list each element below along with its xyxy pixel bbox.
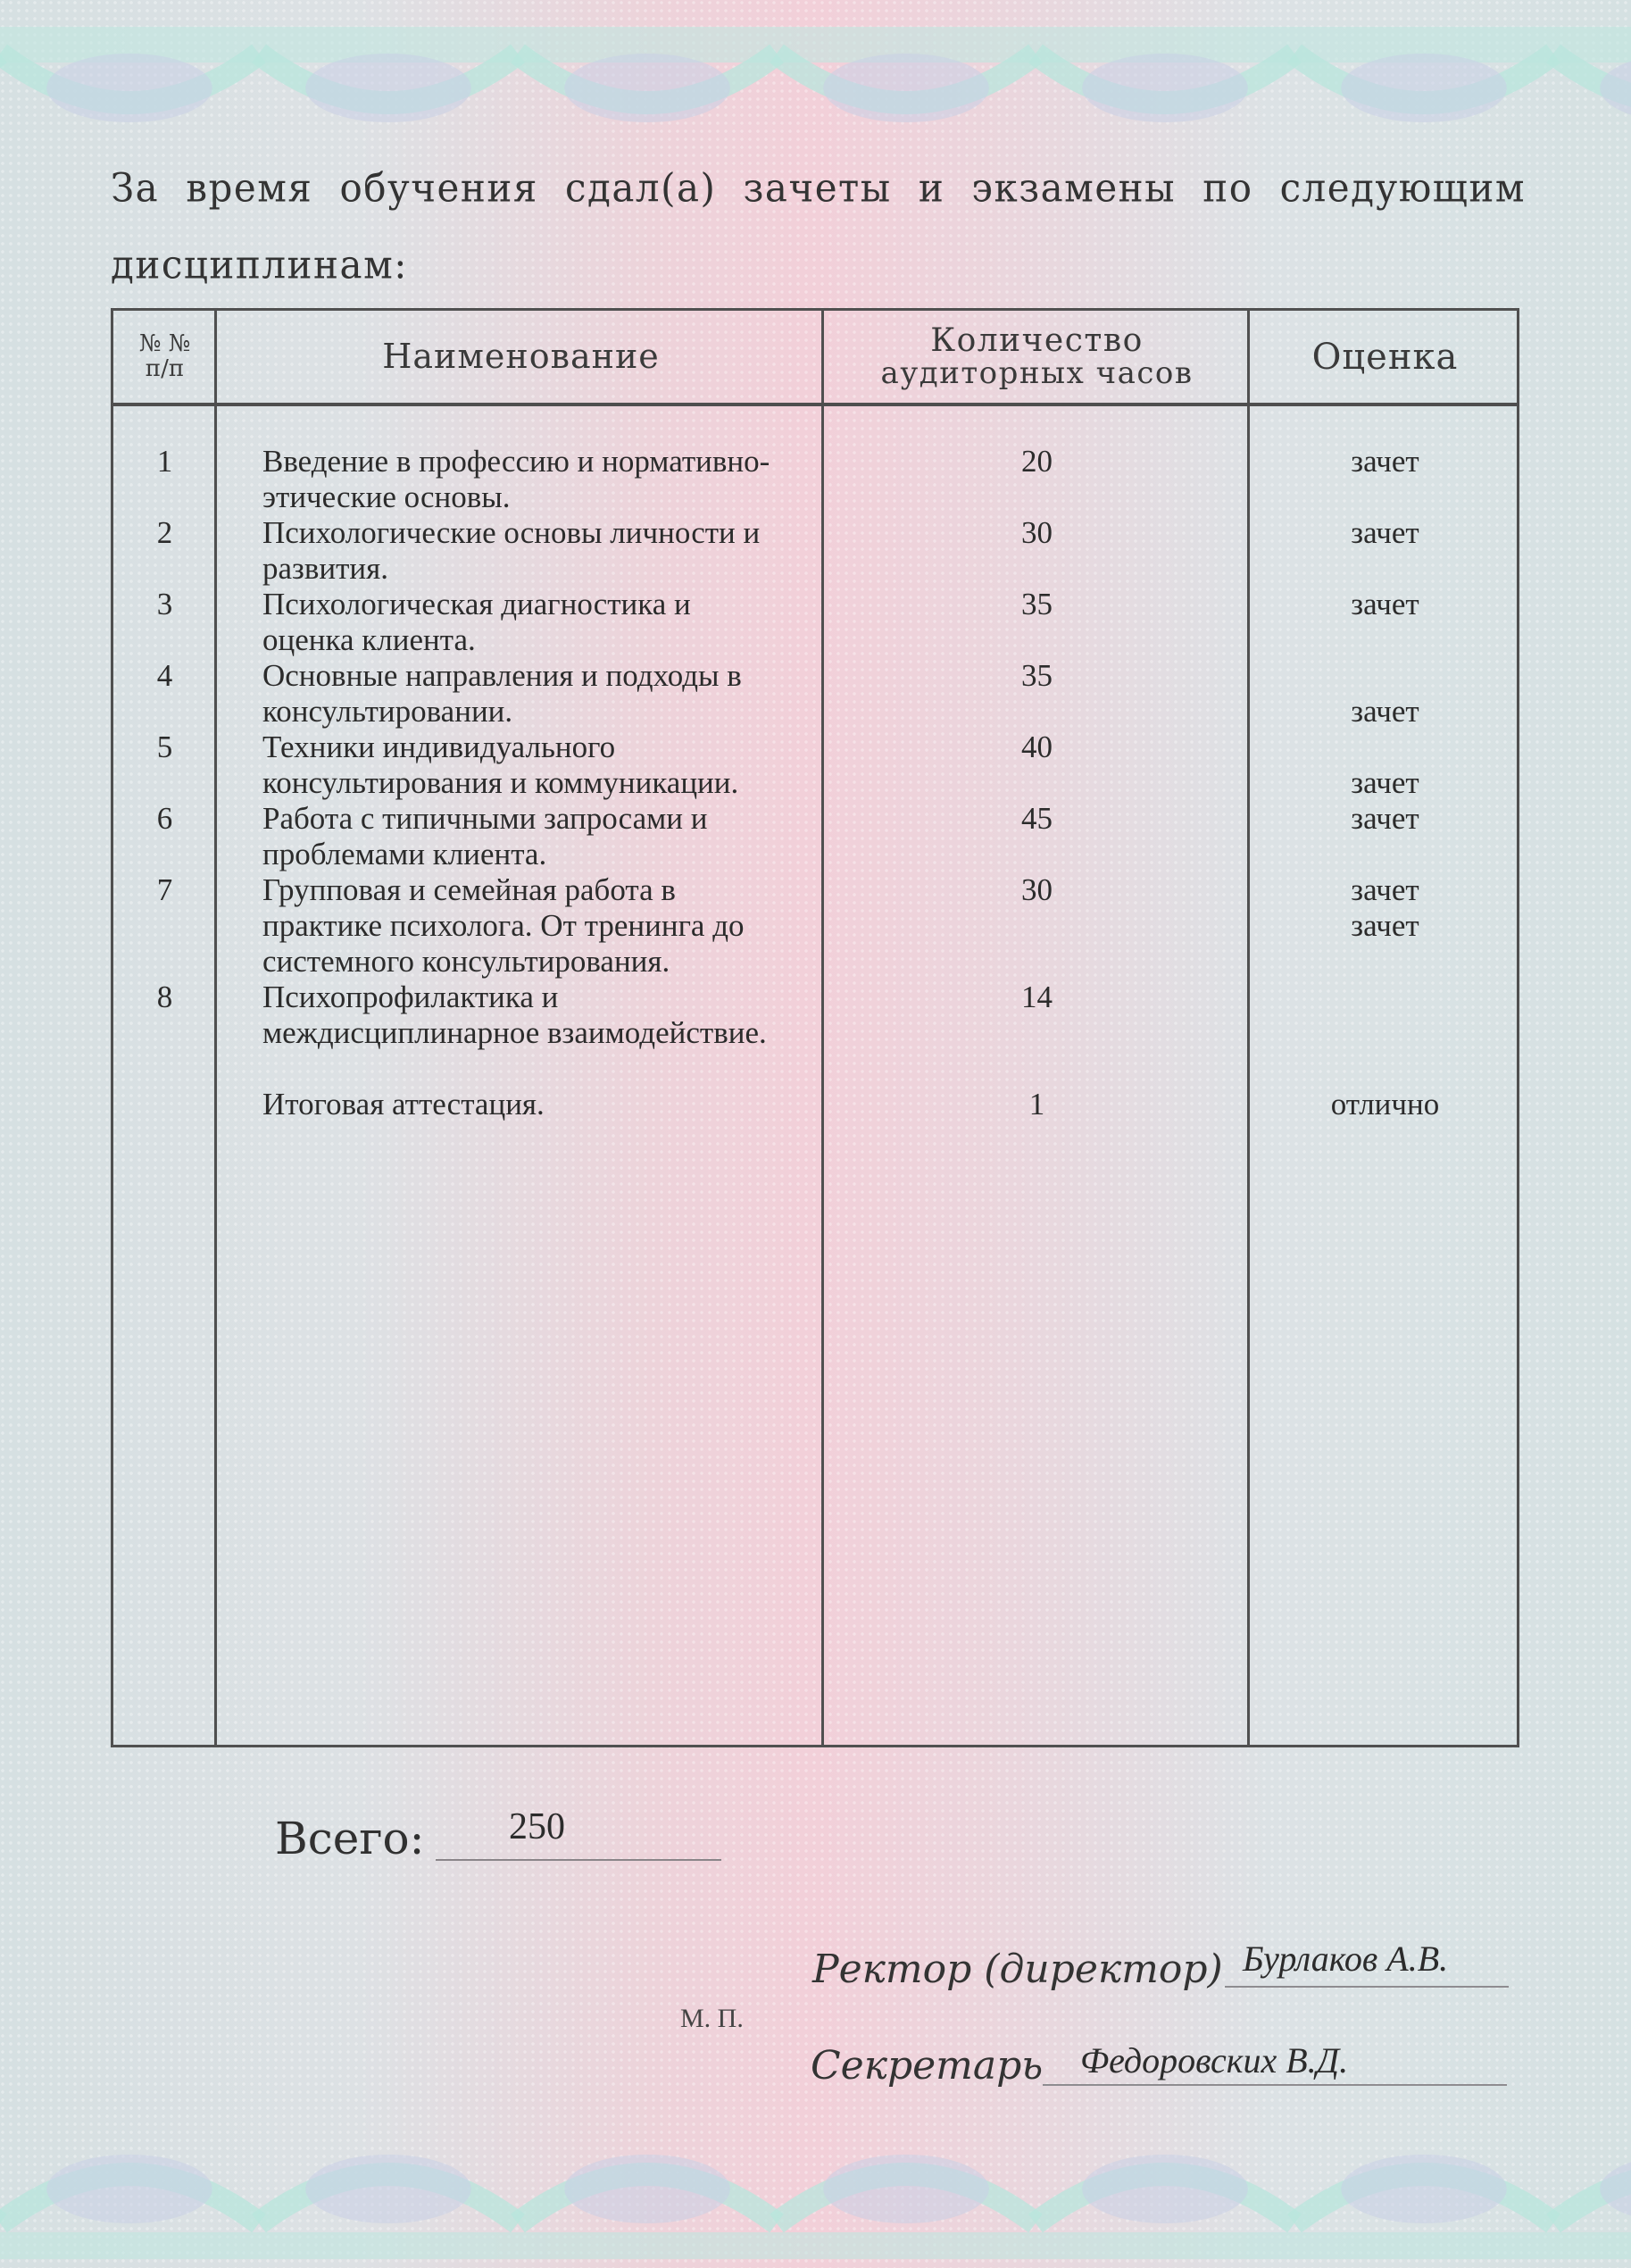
header-number-line2: п/п xyxy=(146,357,184,381)
grade-value: зачет xyxy=(1251,587,1519,622)
hours-value: 14 xyxy=(826,980,1248,1015)
discipline-name: Психологические основы личности и xyxy=(262,515,834,551)
total-label: Всего: xyxy=(275,1813,424,1864)
discipline-name: Групповая и семейная работа в xyxy=(262,872,834,908)
hours-value: 40 xyxy=(826,730,1248,765)
rector-name: Бурлаков А.В. xyxy=(1243,1938,1448,1980)
row-number: 2 xyxy=(113,515,216,551)
rector-label: Ректор (директор) xyxy=(812,1947,1223,1992)
row-number: 7 xyxy=(113,872,216,908)
header-hours-line1: Количество xyxy=(930,324,1144,358)
document-heading: За время обучения сдал(а) зачеты и экзам… xyxy=(111,165,1526,211)
header-grade: Оценка xyxy=(1251,311,1519,403)
hours-value: 20 xyxy=(826,444,1248,479)
row-number: 3 xyxy=(113,587,216,622)
discipline-name: Психологическая диагностика и xyxy=(262,587,834,622)
total-underline xyxy=(436,1859,721,1861)
discipline-name: оценка клиента. xyxy=(262,622,834,658)
grade-value: зачет xyxy=(1251,908,1519,944)
discipline-name: междисциплинарное взаимодействие. xyxy=(262,1015,834,1051)
hours-value: 45 xyxy=(826,801,1248,837)
discipline-name: Итоговая аттестация. xyxy=(262,1087,834,1122)
row-number: 5 xyxy=(113,730,216,765)
header-hours-line2: аудиторных часов xyxy=(880,358,1193,390)
decorative-border-bottom xyxy=(0,2098,1631,2268)
secretary-signature-line xyxy=(1043,2084,1507,2086)
grade-value: зачет xyxy=(1251,515,1519,551)
discipline-name: Основные направления и подходы в xyxy=(262,658,834,694)
row-number: 4 xyxy=(113,658,216,694)
header-name: Наименование xyxy=(219,311,823,403)
grade-value: зачет xyxy=(1251,872,1519,908)
hours-value: 35 xyxy=(826,587,1248,622)
discipline-name: консультировании. xyxy=(262,694,834,730)
header-number: № № п/п xyxy=(113,311,216,403)
discipline-name: этические основы. xyxy=(262,479,834,515)
discipline-name: практике психолога. От тренинга до xyxy=(262,908,834,944)
hours-value: 30 xyxy=(826,872,1248,908)
discipline-name: Психопрофилактика и xyxy=(262,980,834,1015)
header-number-line1: № № xyxy=(139,332,190,356)
stamp-placeholder: М. П. xyxy=(680,2004,744,2034)
row-number: 6 xyxy=(113,801,216,837)
rector-signature-line xyxy=(1225,1986,1509,1988)
grade-value: зачет xyxy=(1251,444,1519,479)
grade-value: зачет xyxy=(1251,765,1519,801)
secretary-label: Секретарь xyxy=(811,2043,1043,2089)
header-name-label: Наименование xyxy=(382,339,660,375)
hours-value: 30 xyxy=(826,515,1248,551)
decorative-border-top xyxy=(0,0,1631,152)
discipline-name: Введение в профессию и нормативно- xyxy=(262,444,834,479)
header-hours: Количество аудиторных часов xyxy=(826,311,1248,403)
discipline-name: системного консультирования. xyxy=(262,944,834,980)
row-number: 1 xyxy=(113,444,216,479)
secretary-name: Федоровских В.Д. xyxy=(1080,2039,1348,2081)
discipline-name: Техники индивидуального xyxy=(262,730,834,765)
row-number: 8 xyxy=(113,980,216,1015)
discipline-name: проблемами клиента. xyxy=(262,837,834,872)
header-grade-label: Оценка xyxy=(1312,338,1459,376)
document-heading-continued: дисциплинам: xyxy=(111,242,1526,288)
hours-value: 35 xyxy=(826,658,1248,694)
header-divider xyxy=(111,403,1519,406)
discipline-name: Работа с типичными запросами и xyxy=(262,801,834,837)
grade-value: зачет xyxy=(1251,694,1519,730)
discipline-name: консультирования и коммуникации. xyxy=(262,765,834,801)
grade-value: отлично xyxy=(1251,1087,1519,1122)
grade-value: зачет xyxy=(1251,801,1519,837)
total-hours-value: 250 xyxy=(509,1805,565,1848)
discipline-name: развития. xyxy=(262,551,834,587)
hours-value: 1 xyxy=(826,1087,1248,1122)
